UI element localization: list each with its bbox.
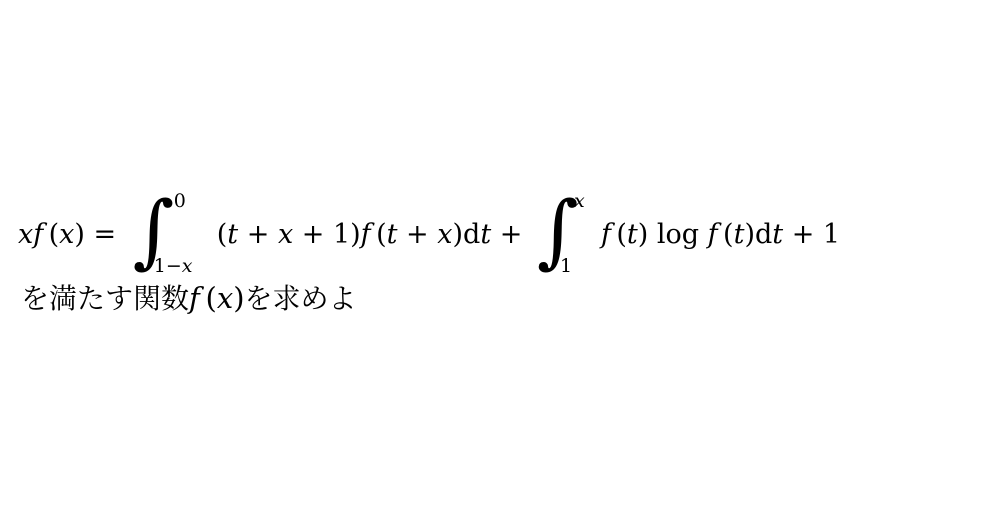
math-token: (	[43, 219, 59, 250]
integral-2: ∫ x 1	[537, 188, 593, 274]
math-token: (	[611, 219, 627, 250]
integral-2-upper-limit: x	[574, 192, 585, 211]
math-token: f	[189, 281, 200, 315]
math-equation: xf (x) = ∫ 0 1−x (t + x + 1)f (t + x)dt …	[18, 188, 840, 274]
integral-1: ∫ 0 1−x	[133, 188, 211, 274]
math-token: t	[227, 219, 238, 250]
math-token: +	[397, 219, 437, 250]
math-token: f	[601, 219, 611, 250]
math-token: ) log	[638, 219, 708, 250]
math-token: +	[491, 219, 531, 250]
math-token: (	[200, 281, 217, 315]
instruction-math-fx: f (x)	[189, 281, 245, 315]
math-token: 1−	[154, 255, 182, 277]
instruction-prefix-text: を満たす関数	[21, 282, 189, 316]
math-token: t	[772, 219, 783, 250]
math-token: t	[480, 219, 491, 250]
math-token: )d	[744, 219, 772, 250]
equation-left-hand-side: xf (x) =	[18, 219, 125, 250]
equation-middle-integrand: (t + x + 1)f (t + x)dt +	[217, 219, 531, 250]
math-token: f	[33, 219, 43, 250]
math-token: t	[734, 219, 745, 250]
page-canvas: xf (x) = ∫ 0 1−x (t + x + 1)f (t + x)dt …	[0, 0, 999, 510]
math-token: t	[387, 219, 398, 250]
math-token: t	[627, 219, 638, 250]
math-token: +	[238, 219, 278, 250]
equation-tail-integrand: f (t) log f (t)dt + 1	[601, 219, 840, 250]
math-token: )	[233, 281, 244, 315]
integral-1-lower-limit: 1−x	[154, 257, 193, 276]
math-token: (	[217, 219, 228, 250]
integral-1-upper-limit: 0	[174, 192, 186, 211]
math-token: (	[718, 219, 734, 250]
math-token: )d	[453, 219, 481, 250]
math-token: x	[217, 281, 233, 315]
instruction-suffix-text: を求めよ	[245, 282, 357, 316]
math-token: x	[574, 190, 585, 212]
problem-instruction: を満たす関数 f (x) を求めよ	[21, 281, 357, 316]
integral-2-lower-limit: 1	[560, 257, 572, 276]
math-token: (	[371, 219, 387, 250]
math-token: f	[361, 219, 371, 250]
math-token: + 1	[783, 219, 840, 250]
math-token: 1	[560, 255, 572, 277]
integral-sign-icon: ∫	[537, 191, 579, 271]
math-token: x	[182, 255, 193, 277]
math-token: + 1)	[293, 219, 361, 250]
math-token: x	[278, 219, 293, 250]
math-token: ) =	[74, 219, 124, 250]
math-token: x	[18, 219, 33, 250]
math-token: x	[437, 219, 452, 250]
math-token: f	[708, 219, 718, 250]
math-token: x	[59, 219, 74, 250]
math-token: 0	[174, 190, 186, 212]
